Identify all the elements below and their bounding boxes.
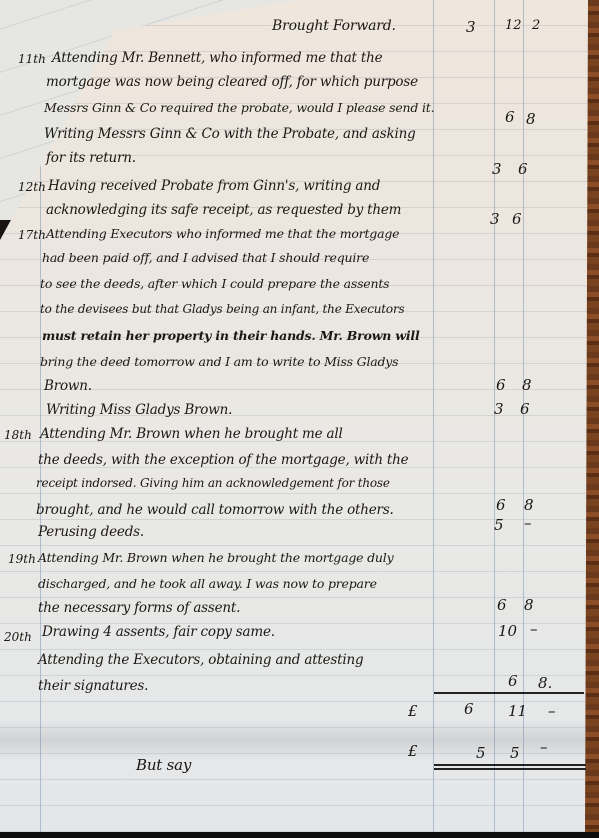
entry-line: receipt indorsed. Giving him an acknowle… <box>36 476 390 490</box>
entry-pence: 6 <box>518 160 528 178</box>
but-say-label: But say <box>136 756 191 774</box>
entry-line: had been paid off, and I advised that I … <box>42 250 369 265</box>
entry-pence: 6 <box>520 400 530 418</box>
pounds-column-rule <box>433 0 434 832</box>
total-currency: £ <box>408 702 418 720</box>
entry-line: their signatures. <box>38 678 148 694</box>
but-say-pence: – <box>540 738 548 756</box>
entry-line: Attending the Executors, obtaining and a… <box>38 652 363 668</box>
entry-line: to see the deeds, after which I could pr… <box>40 276 389 291</box>
total-rule <box>434 692 584 694</box>
entry-shillings: 6 <box>505 108 515 126</box>
entry-line: Writing Messrs Ginn & Co with the Probat… <box>44 126 416 142</box>
entry-line: Attending Mr. Bennett, who informed me t… <box>52 50 382 66</box>
total-pounds: 6 <box>464 700 474 718</box>
brought-forward-shillings: 12 <box>505 18 522 33</box>
brought-forward-pence: 2 <box>532 18 540 33</box>
entry-line: mortgage was now being cleared off, for … <box>46 74 418 90</box>
entry-date: 17th <box>18 228 46 242</box>
entry-pence: 8 <box>524 496 534 514</box>
entry-shillings: 6 <box>496 376 506 394</box>
entry-pence: 8 <box>526 110 536 128</box>
entry-date: 18th <box>4 428 32 442</box>
entry-line: Attending Mr. Brown when he brought the … <box>38 550 393 565</box>
entry-shillings: 3 <box>494 400 504 418</box>
entry-line: must retain her property in their hands.… <box>42 328 420 343</box>
entry-line: Writing Miss Gladys Brown. <box>46 402 232 418</box>
entry-line: Attending Executors who informed me that… <box>46 226 399 241</box>
total-shillings: 11 <box>508 702 527 720</box>
entry-date: 19th <box>8 552 36 566</box>
entry-pence: – <box>530 620 538 638</box>
entry-line: acknowledging its safe receipt, as reque… <box>46 202 401 218</box>
entry-line: Perusing deeds. <box>38 524 144 540</box>
entry-pence: 6 <box>512 210 522 228</box>
entry-line: Messrs Ginn & Co required the probate, w… <box>44 100 434 115</box>
entry-pence: 8 <box>524 596 534 614</box>
entry-line: bring the deed tomorrow and I am to writ… <box>40 354 398 369</box>
entry-line: the necessary forms of assent. <box>38 600 240 616</box>
entry-line: Attending Mr. Brown when he brought me a… <box>40 426 343 442</box>
entry-shillings: 3 <box>492 160 502 178</box>
entry-line: the deeds, with the exception of the mor… <box>38 452 408 468</box>
brought-forward-pounds: 3 <box>466 18 476 36</box>
but-say-double-rule-top <box>434 764 586 766</box>
but-say-pounds: 5 <box>476 744 486 762</box>
entry-date: 12th <box>18 180 46 194</box>
entry-line: for its return. <box>46 150 136 166</box>
entry-shillings: 3 <box>490 210 500 228</box>
but-say-shillings: 5 <box>510 744 520 762</box>
but-say-double-rule-bottom <box>434 768 586 770</box>
entry-shillings: 5 <box>494 516 504 534</box>
entry-shillings: 6 <box>508 672 518 690</box>
brought-forward-label: Brought Forward. <box>272 18 396 34</box>
total-pence: – <box>548 702 556 720</box>
entry-pence: 8. <box>538 674 552 692</box>
entry-pence: 8 <box>522 376 532 394</box>
entry-line: Having received Probate from Ginn's, wri… <box>48 178 380 194</box>
photo-bottom-edge <box>0 832 599 838</box>
entry-shillings: 6 <box>497 596 507 614</box>
entry-line: discharged, and he took all away. I was … <box>38 576 377 591</box>
entry-date: 20th <box>4 630 32 644</box>
entry-pence: – <box>524 514 532 532</box>
but-say-currency: £ <box>408 742 418 760</box>
entry-line: Brown. <box>44 378 92 394</box>
entry-shillings: 10 <box>498 622 517 640</box>
entry-line: to the devisees but that Gladys being an… <box>40 302 404 316</box>
paper-fold-shadow <box>0 720 588 760</box>
entry-date: 11th <box>18 52 46 66</box>
entry-line: Drawing 4 assents, fair copy same. <box>42 624 275 640</box>
entry-line: brought, and he would call tomorrow with… <box>36 502 394 518</box>
entry-shillings: 6 <box>496 496 506 514</box>
